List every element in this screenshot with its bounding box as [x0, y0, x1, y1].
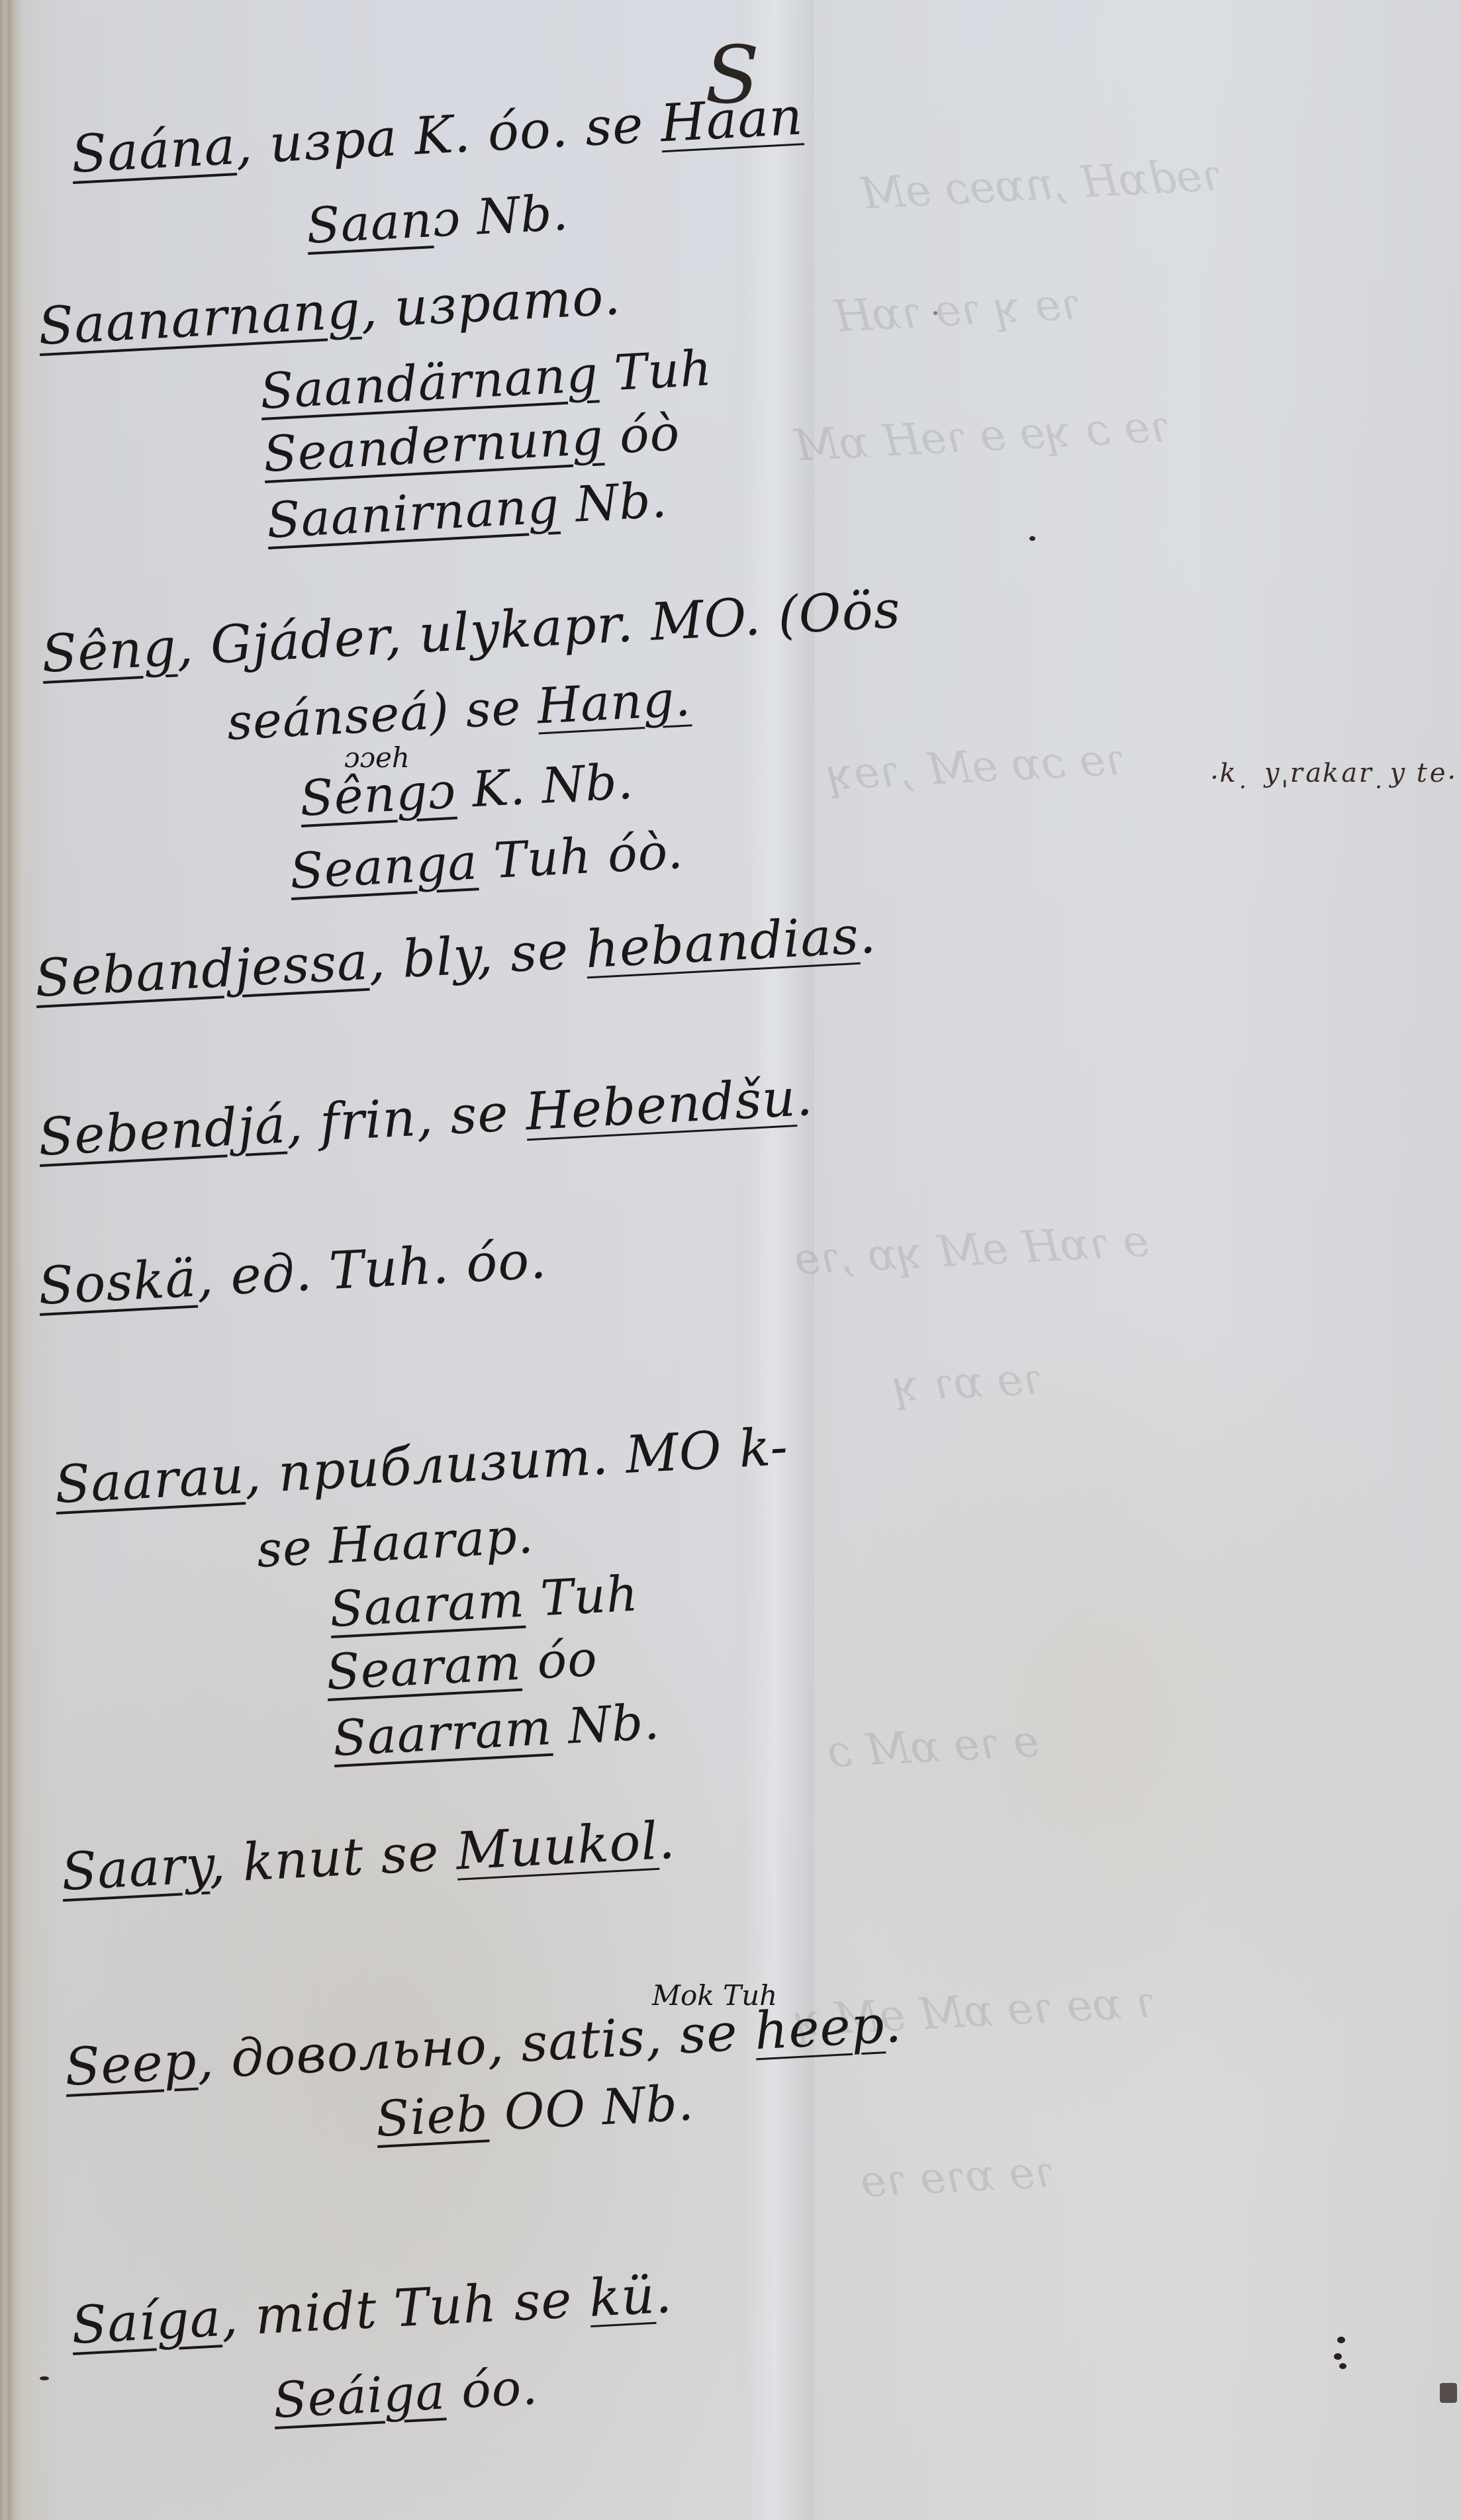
- entry-line: Sieb OO Nb.: [375, 2078, 695, 2144]
- cross-reference: Hang.: [536, 670, 692, 735]
- bleed-through-text: ɿɘ ɒɿ ʞ: [892, 1353, 1044, 1412]
- headword: Sebendjá: [37, 1096, 288, 1168]
- bleed-through-text: ɘ ɿɘ ɒM ɔ: [826, 1716, 1041, 1778]
- definition: ɔ Nb.: [431, 184, 570, 248]
- entry-line: Saíga, midt Tuh se kü.: [70, 2269, 673, 2352]
- entry-line: Seáiga óо.: [272, 2362, 539, 2425]
- punctuation: .: [883, 1994, 903, 2055]
- headword: Saaram: [328, 1571, 526, 1638]
- entry-line: Saanirnang Nb.: [265, 475, 669, 545]
- entry-line: Saanarnang, израто.: [37, 271, 622, 353]
- headword: Saarau: [54, 1446, 246, 1515]
- headword: Sebandjessa: [34, 932, 370, 1009]
- definition: seánseá) se: [226, 678, 539, 751]
- cross-reference: heep: [753, 1995, 886, 2061]
- headword: Saandärnang: [259, 346, 600, 420]
- ink-speck: [1337, 2337, 1345, 2343]
- headword: Seep: [64, 2031, 199, 2098]
- headword: Saan: [305, 191, 434, 255]
- entry-line: Soskä, ед. Tuh. óо.: [37, 1235, 548, 1313]
- headword: Seáiga: [272, 2364, 447, 2429]
- entry-line: Saána, изра K. óо. se Haan: [70, 91, 804, 181]
- headword: Saána: [70, 117, 238, 185]
- definition: Tuh: [523, 1565, 639, 1628]
- definition: , midt Tuh se: [220, 2269, 591, 2348]
- ink-speck: [933, 311, 937, 315]
- ink-speck: [1029, 536, 1035, 541]
- cross-reference: kü: [588, 2266, 657, 2329]
- definition: , ед. Tuh. óо.: [195, 1231, 548, 1309]
- punctuation: .: [857, 906, 877, 966]
- definition: , приблизит. MO k-: [243, 1417, 790, 1505]
- entry-line: Sebendjá, frin, se Hebendšu.: [37, 1072, 814, 1164]
- definition: , frin, se: [285, 1083, 528, 1155]
- bleed-through-text: ɘ ɿɒH ɘM ʞɒ ,ɿɘ: [793, 1215, 1150, 1285]
- ink-offset-blot: ·ǝʇ ʎ˙ɹɐʞɐɹ'ʎ ˙ʞ·: [1208, 761, 1456, 792]
- definition: Nb.: [558, 471, 669, 534]
- cross-reference: hebandias: [584, 906, 861, 980]
- headword: Saary: [60, 1835, 211, 1902]
- page-edge: [0, 0, 23, 2520]
- bleed-through-text: ɿɘ ɔɒ ɘM ,ɿɘʞ: [826, 733, 1126, 800]
- punctuation: .: [653, 2265, 673, 2325]
- definition: Tuh óò.: [476, 823, 684, 890]
- ink-speck: [40, 2376, 49, 2380]
- definition: Tuh: [596, 340, 713, 402]
- entry-line: Seandernung óò: [262, 408, 681, 479]
- punctuation: .: [794, 1068, 814, 1128]
- definition: óо.: [444, 2358, 539, 2420]
- headword: Sêngɔ: [299, 763, 457, 827]
- headword: Searam: [325, 1634, 522, 1701]
- headword: Saíga: [70, 2288, 223, 2356]
- headword: Sêng: [40, 618, 178, 684]
- headword: Seandernung: [262, 408, 605, 483]
- headword: Soskä: [37, 1249, 199, 1317]
- headword: Saanarnang: [37, 281, 362, 357]
- bleed-through-text: ɿɘdɒH ,nɒɘɔ ɘM: [859, 150, 1223, 219]
- ink-speck: [1334, 2353, 1342, 2360]
- cross-reference: Haan: [659, 87, 805, 154]
- entry-line: seánseá) se Hang.: [226, 674, 692, 747]
- definition: se Haarap.: [256, 1507, 535, 1579]
- headword: Saarram: [332, 1699, 553, 1767]
- punctuation: .: [657, 1811, 677, 1871]
- bleed-through-text: ɿɘ ʞ ɿɘ ɿɒH: [833, 278, 1082, 342]
- entry-line: Seanga Tuh óò.: [289, 827, 684, 896]
- definition: OO Nb.: [487, 2075, 695, 2142]
- entry-line: Saaram Tuh: [328, 1569, 639, 1634]
- bleed-through-text: ɿɘ ɔ ʞɘ ɘ ɿɘH ɒM: [793, 400, 1171, 471]
- ink-speck: [1339, 2363, 1346, 2369]
- entry-line: Saandärnang Tuh: [259, 344, 713, 416]
- definition: , израто.: [359, 267, 622, 340]
- definition: Nb.: [550, 1693, 661, 1755]
- cross-reference: Muukol: [455, 1812, 660, 1882]
- entry-line: Saarau, приблизит. MO k-: [54, 1421, 790, 1511]
- headword: Sieb: [375, 2085, 490, 2148]
- entry-line: se Haarap.: [256, 1511, 535, 1575]
- headword: Seanga: [289, 833, 479, 900]
- definition: K. Nb.: [454, 753, 635, 819]
- entry-line: Saarram Nb.: [332, 1697, 661, 1763]
- entry-line: Saary, knut se Muukol.: [60, 1815, 677, 1898]
- entry-line: Searam óо: [325, 1634, 598, 1697]
- entry-line: Saanɔ Nb.: [305, 188, 570, 251]
- definition: óо: [520, 1630, 599, 1691]
- definition: , bly, se: [367, 921, 587, 992]
- ink-speck: [1440, 2383, 1457, 2403]
- definition: óò: [602, 404, 681, 465]
- bleed-through-text: ɿɘ ɒɿɘ ɿɘ: [859, 2146, 1056, 2207]
- headword: Saanirnang: [265, 477, 561, 549]
- definition: , изра K. óо. se: [234, 94, 662, 176]
- definition: , knut se: [207, 1822, 458, 1894]
